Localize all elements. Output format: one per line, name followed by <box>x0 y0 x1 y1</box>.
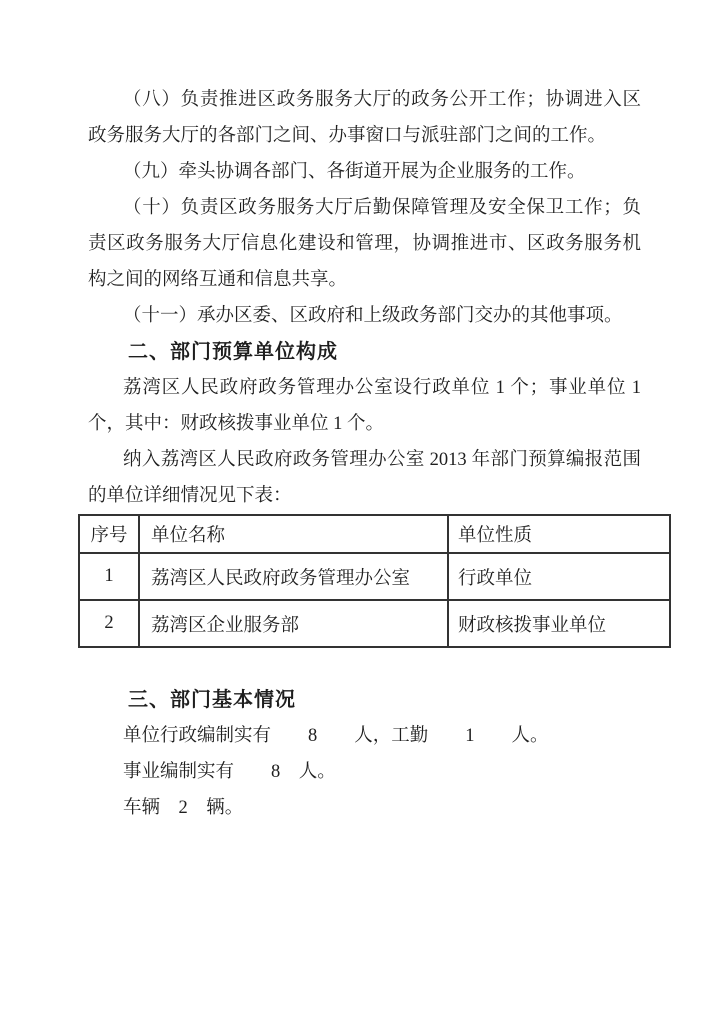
paragraph-unit-composition: 荔湾区人民政府政务管理办公室设行政单位 1 个；事业单位 1个，其中：财政核拨事… <box>88 370 641 442</box>
section-2-heading: 二、部门预算单位构成 <box>88 334 641 370</box>
paragraph-duty-11: （十一）承办区委、区政府和上级政务部门交办的其他事项。 <box>88 298 641 334</box>
cell-seq: 1 <box>79 553 139 600</box>
cell-seq: 2 <box>79 600 139 647</box>
text-line: 政务服务大厅的各部门之间、办事窗口与派驻部门之间的工作。 <box>88 118 641 154</box>
table-header-seq: 序号 <box>79 515 139 553</box>
text-line: 事业编制实有 8 人。 <box>88 754 641 790</box>
table-row: 2 荔湾区企业服务部 财政核拨事业单位 <box>79 600 670 647</box>
text-line: 单位行政编制实有 8 人，工勤 1 人。 <box>88 718 641 754</box>
cell-unit-name: 荔湾区企业服务部 <box>139 600 448 647</box>
table-header-unit-type: 单位性质 <box>448 515 670 553</box>
text-line: 车辆 2 辆。 <box>88 790 641 826</box>
section-3-heading: 三、部门基本情况 <box>88 682 641 718</box>
text-line: 纳入荔湾区人民政府政务管理办公室 2013 年部门预算编报范围 <box>88 442 641 478</box>
paragraph-staffing-admin: 单位行政编制实有 8 人，工勤 1 人。 <box>88 718 641 754</box>
text-line: 个，其中：财政核拨事业单位 1 个。 <box>88 406 641 442</box>
paragraph-staffing-business: 事业编制实有 8 人。 <box>88 754 641 790</box>
text-line: （九）牵头协调各部门、各街道开展为企业服务的工作。 <box>88 154 641 190</box>
cell-unit-type: 行政单位 <box>448 553 670 600</box>
cell-unit-type: 财政核拨事业单位 <box>448 600 670 647</box>
text-line: 责区政务服务大厅信息化建设和管理，协调推进市、区政务服务机 <box>88 226 641 262</box>
text-line: 构之间的网络互通和信息共享。 <box>88 262 641 298</box>
text-line: 的单位详细情况见下表： <box>88 478 641 514</box>
table-header-row: 序号 单位名称 单位性质 <box>79 515 670 553</box>
cell-unit-name: 荔湾区人民政府政务管理办公室 <box>139 553 448 600</box>
text-line: 荔湾区人民政府政务管理办公室设行政单位 1 个；事业单位 1 <box>88 370 641 406</box>
table-row: 1 荔湾区人民政府政务管理办公室 行政单位 <box>79 553 670 600</box>
text-line: （十）负责区政务服务大厅后勤保障管理及安全保卫工作；负 <box>88 190 641 226</box>
text-line: （八）负责推进区政务服务大厅的政务公开工作；协调进入区 <box>88 82 641 118</box>
paragraph-vehicles: 车辆 2 辆。 <box>88 790 641 826</box>
text-line: （十一）承办区委、区政府和上级政务部门交办的其他事项。 <box>88 298 641 334</box>
paragraph-duty-9: （九）牵头协调各部门、各街道开展为企业服务的工作。 <box>88 154 641 190</box>
paragraph-duty-10: （十）负责区政务服务大厅后勤保障管理及安全保卫工作；负责区政务服务大厅信息化建设… <box>88 190 641 298</box>
paragraph-duty-8: （八）负责推进区政务服务大厅的政务公开工作；协调进入区政务服务大厅的各部门之间、… <box>88 82 641 154</box>
paragraph-table-intro: 纳入荔湾区人民政府政务管理办公室 2013 年部门预算编报范围的单位详细情况见下… <box>88 442 641 514</box>
budget-units-table: 序号 单位名称 单位性质 1 荔湾区人民政府政务管理办公室 行政单位 2 荔湾区… <box>78 514 671 648</box>
table-header-unit-name: 单位名称 <box>139 515 448 553</box>
scanned-document-page: （八）负责推进区政务服务大厅的政务公开工作；协调进入区政务服务大厅的各部门之间、… <box>0 0 725 1024</box>
